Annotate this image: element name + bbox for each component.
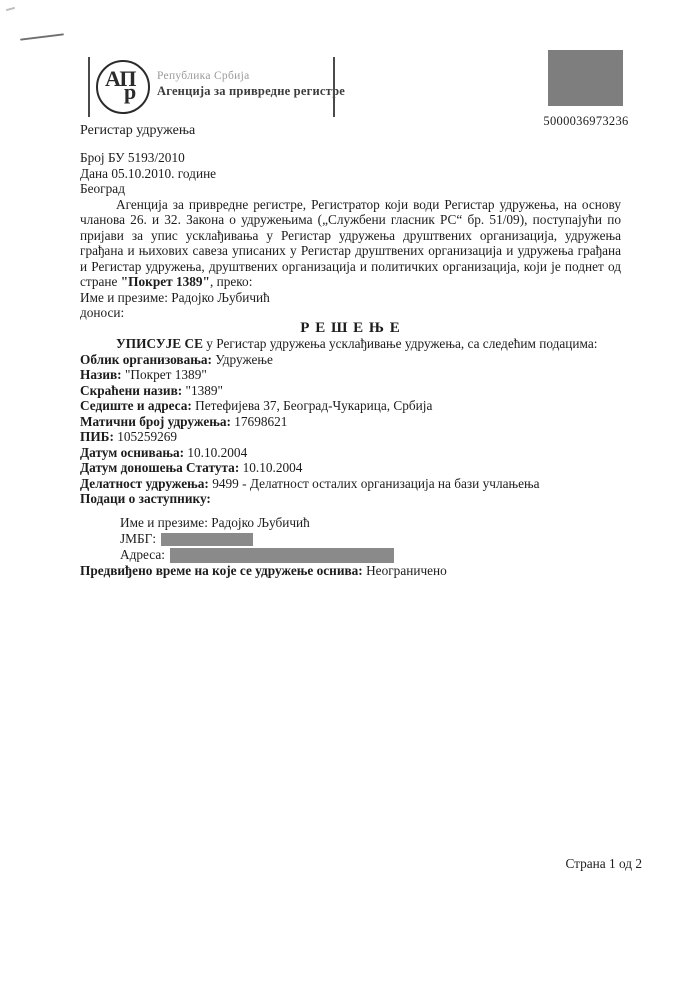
scan-artifact-mark (6, 7, 15, 11)
field-label: Датум оснивања: (80, 445, 184, 460)
field-value: "1389" (186, 383, 223, 398)
date-line: Дана 05.10.2010. године (80, 166, 621, 182)
intro-paragraph: Агенција за привредне регистре, Регистра… (80, 197, 621, 290)
field-row-short-name: Скраћени назив: "1389" (80, 383, 621, 399)
field-label: ПИБ: (80, 429, 114, 444)
city: Београд (80, 181, 621, 197)
field-row-founding-date: Датум оснивања: 10.10.2004 (80, 445, 621, 461)
decision-statement-rest: у Регистар удружења усклађивање удружења… (203, 336, 597, 351)
field-value: 10.10.2004 (243, 460, 303, 475)
representative-name-line: Име и презиме: Радојко Љубичић (120, 515, 621, 531)
case-number: Број БУ 5193/2010 (80, 150, 621, 166)
pen-scratch-mark (20, 33, 64, 40)
agency-name: Агенција за привредне регистре (157, 84, 345, 99)
field-value: Петефијева 37, Београд-Чукарица, Србија (195, 398, 432, 413)
barcode-number: 5000036973236 (538, 114, 634, 129)
field-row-activity: Делатност удружења: 9499 - Делатност ост… (80, 476, 621, 492)
field-value: 17698621 (234, 414, 287, 429)
field-row-seat-address: Седиште и адреса: Петефијева 37, Београд… (80, 398, 621, 414)
jmbg-label: ЈМБГ: (120, 531, 156, 546)
register-name: Регистар удружења (80, 123, 195, 139)
submitter-line: Име и презиме: Радојко Љубичић (80, 290, 621, 306)
field-label: Облик организовања: (80, 352, 212, 367)
decision-statement-bold: УПИСУЈЕ СЕ (116, 336, 203, 351)
field-value: Удружење (215, 352, 273, 367)
field-label: Датум доношења Статута: (80, 460, 239, 475)
representative-block: Име и презиме: Радојко Љубичић ЈМБГ: Адр… (120, 515, 621, 563)
association-name-bold: "Покрет 1389" (121, 274, 210, 289)
representative-address-line: Адреса: (120, 547, 621, 563)
field-row-registry-number: Матични број удружења: 17698621 (80, 414, 621, 430)
duration-label: Предвиђено време на које се удружење осн… (80, 563, 363, 578)
field-label: Скраћени назив: (80, 383, 182, 398)
field-label: Седиште и адреса: (80, 398, 192, 413)
field-label: Назив: (80, 367, 122, 382)
field-label: Делатност удружења: (80, 476, 209, 491)
document-body: Број БУ 5193/2010 Дана 05.10.2010. годин… (80, 150, 621, 578)
field-value: "Покрет 1389" (125, 367, 207, 382)
decision-statement: УПИСУЈЕ СЕ у Регистар удружења усклађива… (80, 336, 621, 352)
field-value: 9499 - Делатност осталих организација на… (212, 476, 539, 491)
apr-logo-letter-r: р (124, 79, 136, 105)
issues-word: доноси: (80, 305, 621, 321)
field-label: Матични број удружења: (80, 414, 231, 429)
republic-label: Република Србија (157, 69, 345, 84)
field-value: 105259269 (117, 429, 177, 444)
representative-heading-label: Подаци о заступнику: (80, 491, 211, 506)
field-value: 10.10.2004 (187, 445, 247, 460)
letterhead-left-rule (88, 57, 90, 117)
duration-value: Неограничено (366, 563, 447, 578)
redacted-jmbg-value (161, 533, 253, 546)
field-row-statute-date: Датум доношења Статута: 10.10.2004 (80, 460, 621, 476)
duration-line: Предвиђено време на које се удружење осн… (80, 563, 621, 579)
intro-text-end: , преко: (210, 274, 252, 289)
decision-title: Р Е Ш Е Њ Е (80, 321, 621, 337)
field-row-name: Назив: "Покрет 1389" (80, 367, 621, 383)
letterhead-text: Република Србија Агенција за привредне р… (157, 69, 345, 99)
representative-heading: Подаци о заступнику: (80, 491, 621, 507)
redacted-address-value (170, 548, 394, 563)
field-row-pib: ПИБ: 105259269 (80, 429, 621, 445)
page-indicator: Страна 1 од 2 (0, 856, 642, 872)
apr-logo: АП р (96, 60, 150, 114)
scanned-document-page: АП р Република Србија Агенција за привре… (0, 0, 700, 990)
representative-jmbg-line: ЈМБГ: (120, 531, 621, 547)
field-row-organization-form: Облик организовања: Удружење (80, 352, 621, 368)
letterhead-right-rule (333, 57, 335, 117)
redacted-barcode (548, 50, 623, 106)
address-label: Адреса: (120, 547, 165, 562)
